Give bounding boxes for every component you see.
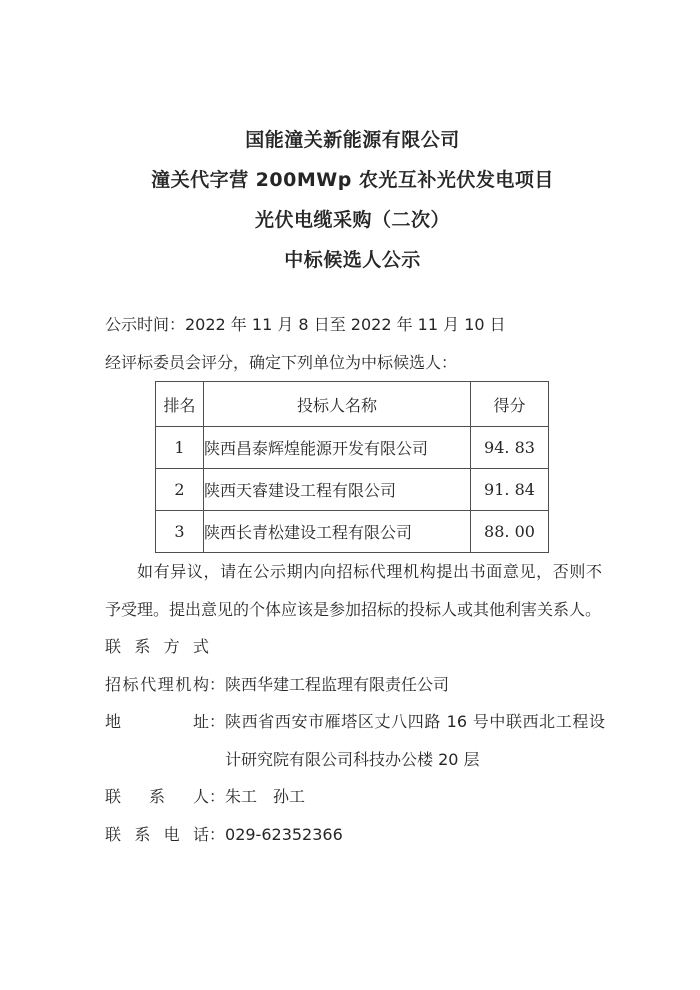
contact-person-label: 联系人 [105, 778, 209, 816]
publicity-period-line: 公示时间：2022 年 11 月 8 日至 2022 年 11 月 10 日 [105, 306, 600, 344]
score-cell: 88. 00 [471, 511, 549, 553]
score-header: 得分 [471, 382, 549, 427]
project-title: 潼关代字营 200MWp 农光互补光伏发电项目 [105, 160, 600, 200]
table-row: 1 陕西昌泰辉煌能源开发有限公司 94. 83 [156, 427, 549, 469]
title-block: 国能潼关新能源有限公司 潼关代字营 200MWp 农光互补光伏发电项目 光伏电缆… [105, 120, 600, 280]
rank-header: 排名 [156, 382, 204, 427]
agency-label: 招标代理机构 [105, 666, 209, 704]
agency-row: 招标代理机构：陕西华建工程监理有限责任公司 [105, 666, 600, 704]
bidder-cell: 陕西昌泰辉煌能源开发有限公司 [204, 427, 471, 469]
bidder-header: 投标人名称 [204, 382, 471, 427]
rank-cell: 1 [156, 427, 204, 469]
objection-line: 予受理。提出意见的个体应该是参加招标的投标人或其他利害关系人。 [105, 591, 602, 629]
objection-note: 如有异议，请在公示期内向招标代理机构提出书面意见，否则不 予受理。提出意见的个体… [105, 553, 602, 628]
address-row: 地址：陕西省西安市雁塔区丈八四路 16 号中联西北工程设计研究院有限公司科技办公… [105, 703, 600, 778]
announcement-type-title: 中标候选人公示 [105, 240, 600, 280]
contact-heading-label: 联系方式 [105, 628, 209, 666]
address-label: 地址 [105, 703, 209, 741]
contact-phone-row: 联系电话：029-62352366 [105, 816, 600, 854]
address-colon: ： [209, 703, 225, 741]
address-line: 计研究院有限公司科技办公楼 20 层 [225, 741, 605, 779]
announcement-document: 国能潼关新能源有限公司 潼关代字营 200MWp 农光互补光伏发电项目 光伏电缆… [0, 0, 700, 990]
bidder-cell: 陕西长青松建设工程有限公司 [204, 511, 471, 553]
intro-line: 经评标委员会评分，确定下列单位为中标候选人： [105, 344, 600, 382]
objection-line: 如有异议，请在公示期内向招标代理机构提出书面意见，否则不 [105, 553, 602, 591]
rank-cell: 2 [156, 469, 204, 511]
table-row: 2 陕西天睿建设工程有限公司 91. 84 [156, 469, 549, 511]
bidder-cell: 陕西天睿建设工程有限公司 [204, 469, 471, 511]
contact-person-colon: ： [209, 778, 225, 816]
score-cell: 91. 84 [471, 469, 549, 511]
procurement-title: 光伏电缆采购（二次） [105, 200, 600, 240]
candidates-table: 排名 投标人名称 得分 1 陕西昌泰辉煌能源开发有限公司 94. 83 2 陕西… [155, 381, 549, 553]
company-title: 国能潼关新能源有限公司 [105, 120, 600, 160]
contact-person-row: 联系人：朱工 孙工 [105, 778, 600, 816]
agency-value: 陕西华建工程监理有限责任公司 [225, 666, 449, 704]
address-value: 陕西省西安市雁塔区丈八四路 16 号中联西北工程设计研究院有限公司科技办公楼 2… [225, 703, 605, 778]
agency-colon: ： [209, 666, 225, 704]
score-cell: 94. 83 [471, 427, 549, 469]
address-line: 陕西省西安市雁塔区丈八四路 16 号中联西北工程设 [225, 703, 605, 741]
table-header-row: 排名 投标人名称 得分 [156, 382, 549, 427]
contact-phone-colon: ： [209, 816, 225, 854]
rank-cell: 3 [156, 511, 204, 553]
contact-phone-label: 联系电话 [105, 816, 209, 854]
table-row: 3 陕西长青松建设工程有限公司 88. 00 [156, 511, 549, 553]
contact-section-heading: 联系方式 [105, 628, 600, 666]
contact-phone-value: 029-62352366 [225, 816, 343, 854]
contact-person-value: 朱工 孙工 [225, 778, 305, 816]
candidates-table-wrap: 排名 投标人名称 得分 1 陕西昌泰辉煌能源开发有限公司 94. 83 2 陕西… [155, 381, 600, 553]
